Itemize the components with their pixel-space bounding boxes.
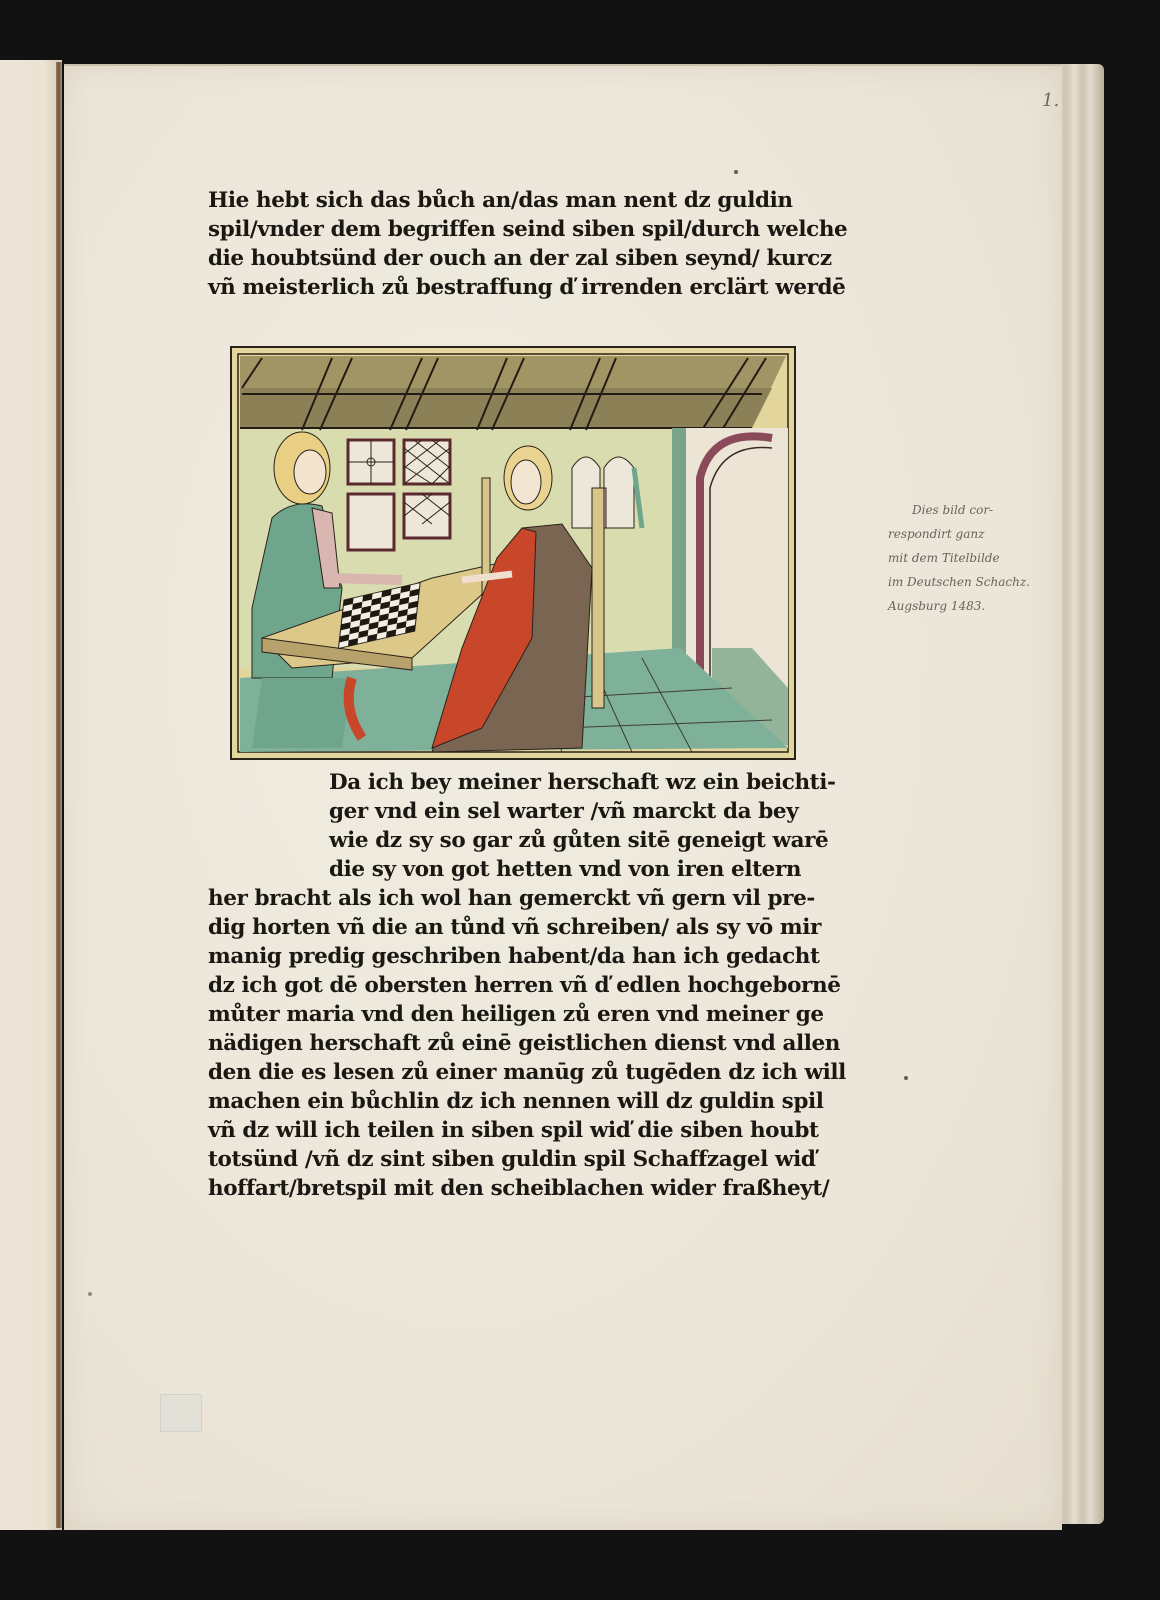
handwritten-marginal-note: Dies bild cor- respondirt ganz mit dem T…	[888, 498, 1058, 618]
body-text-indented: Da ich bey meiner herschaft wz ein beich…	[329, 768, 836, 884]
heading-line: Hie hebt sich das bůch an/das man nent d…	[208, 186, 847, 215]
text-line: manig predig geschriben habent/da han ic…	[208, 942, 846, 971]
text-line: den die es lesen zů einer manūg zů tugēd…	[208, 1058, 846, 1087]
text-line: nädigen herschaft zů einē geistlichen di…	[208, 1029, 846, 1058]
text-line: hoffart/bretspil mit den scheiblachen wi…	[208, 1174, 846, 1203]
text-line: machen ein bůchlin dz ich nennen will dz…	[208, 1087, 846, 1116]
text-line: ger vnd ein sel warter /vñ marckt da bey	[329, 797, 836, 826]
text-line: dz ich got dē obersten herren vñ ď edlen…	[208, 971, 846, 1000]
book-gutter	[56, 62, 62, 1528]
text-line: totsünd /vñ dz sint siben guldin spil Sc…	[208, 1145, 846, 1174]
chess-players-woodcut-icon	[232, 348, 794, 758]
ink-speck	[904, 1076, 908, 1080]
faint-library-stamp	[160, 1394, 202, 1432]
heading-line: spil/vnder dem begriffen seind siben spi…	[208, 215, 847, 244]
note-line: respondirt ganz	[888, 522, 1058, 546]
incipit-heading: Hie hebt sich das bůch an/das man nent d…	[208, 186, 847, 302]
page-number: 1.	[1042, 90, 1059, 111]
text-line: můter maria vnd den heiligen zů eren vnd…	[208, 1000, 846, 1029]
body-text: her bracht als ich wol han gemerckt vñ g…	[208, 884, 846, 1203]
note-line: im Deutschen Schachz.	[888, 570, 1058, 594]
ink-speck	[734, 170, 738, 174]
heading-line: vñ meisterlich zů bestraffung ď irrenden…	[208, 273, 847, 302]
note-line: Dies bild cor-	[888, 498, 1058, 522]
note-line: mit dem Titelbilde	[888, 546, 1058, 570]
ink-speck	[88, 1292, 92, 1296]
text-line: her bracht als ich wol han gemerckt vñ g…	[208, 884, 846, 913]
text-line: die sy von got hetten vnd von iren elter…	[329, 855, 836, 884]
book-page: 1. Hie hebt sich das bůch an/das man nen…	[64, 64, 1062, 1530]
text-line: Da ich bey meiner herschaft wz ein beich…	[329, 768, 836, 797]
heading-line: die houbtsünd der ouch an der zal siben …	[208, 244, 847, 273]
woodcut-illustration	[230, 346, 796, 760]
note-line: Augsburg 1483.	[888, 594, 1058, 618]
text-line: wie dz sy so gar zů gůten sitē geneigt w…	[329, 826, 836, 855]
text-line: vñ dz will ich teilen in siben spil wiď …	[208, 1116, 846, 1145]
text-line: dig horten vñ die an tůnd vñ schreiben/ …	[208, 913, 846, 942]
facing-page-edge	[0, 60, 62, 1530]
